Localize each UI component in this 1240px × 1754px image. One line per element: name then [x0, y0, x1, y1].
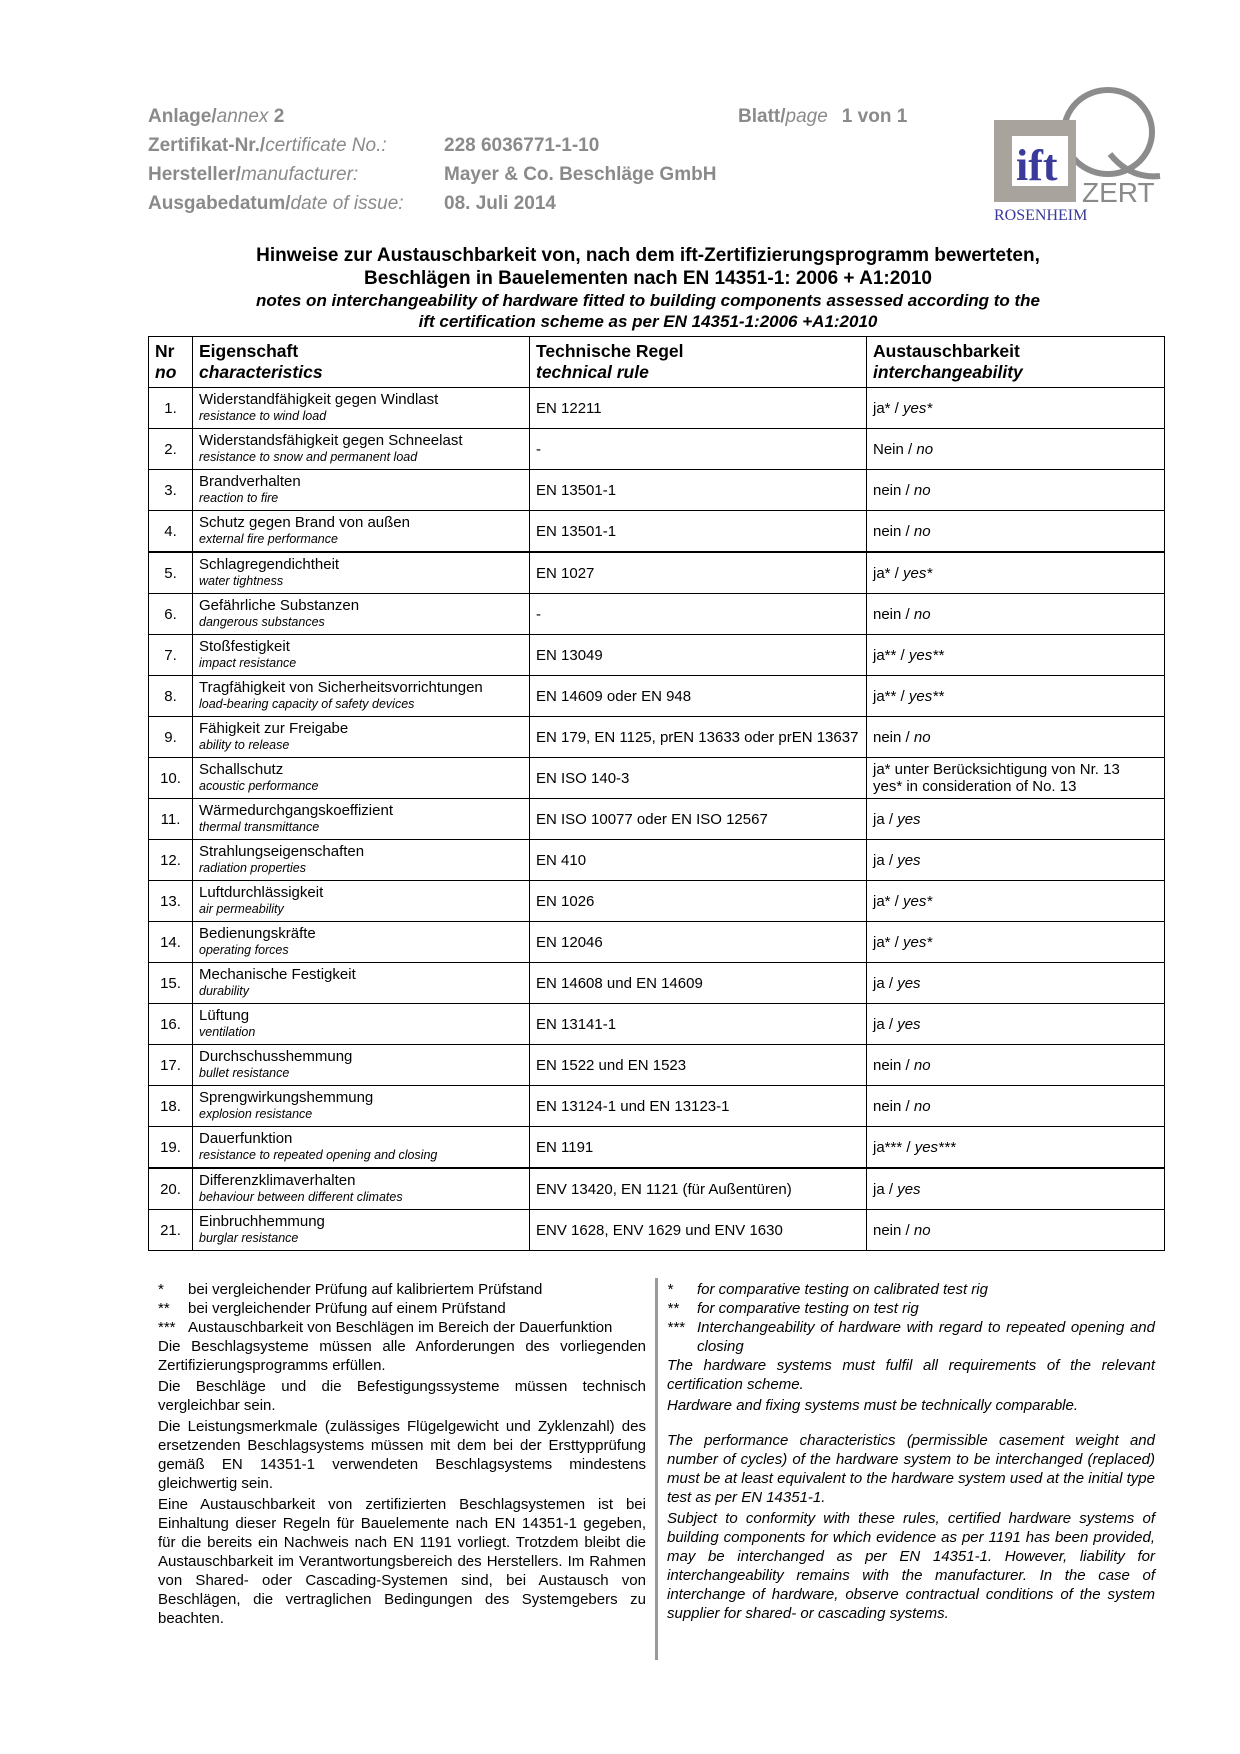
interchangeability-value: ja / — [873, 1016, 897, 1033]
row-number: 6. — [149, 594, 193, 635]
note-paragraph: Die Beschlagsysteme müssen alle Anforder… — [158, 1337, 646, 1375]
interchangeability-cell: nein / no — [867, 1086, 1165, 1127]
interchangeability-value: ja* / — [873, 893, 903, 910]
document-title: Hinweise zur Austauschbarkeit von, nach … — [148, 244, 1148, 332]
row-number: 7. — [149, 635, 193, 676]
note-paragraph: The hardware systems must fulfil all req… — [667, 1356, 1155, 1394]
interchangeability-value: ja / — [873, 811, 897, 828]
footnote: ***Austauschbarkeit von Beschlägen im Be… — [158, 1318, 646, 1337]
certificate-row: Zertifikat-Nr./certificate No.: 228 6036… — [148, 131, 948, 160]
interchangeability-cell: nein / no — [867, 717, 1165, 758]
interchangeability-value: nein / — [873, 482, 914, 499]
column-separator — [655, 1278, 658, 1660]
interchangeability-cell: Nein / no — [867, 429, 1165, 470]
manufacturer-label: Hersteller — [148, 164, 236, 185]
technical-rule-cell: EN 410 — [530, 840, 867, 881]
svg-text:ift: ift — [1016, 141, 1058, 190]
page-value: 1 von 1 — [842, 106, 907, 127]
technical-rule-cell: ENV 13420, EN 1121 (für Außentüren) — [530, 1168, 867, 1210]
annex-label-en: annex — [217, 106, 269, 127]
table-row: 7.Stoßfestigkeitimpact resistanceEN 1304… — [149, 635, 1165, 676]
certificate-label: Zertifikat-Nr. — [148, 135, 260, 156]
note-paragraph: Die Leistungsmerkmale (zulässiges Flügel… — [158, 1417, 646, 1493]
technical-rule-cell: EN ISO 10077 oder EN ISO 12567 — [530, 799, 867, 840]
interchangeability-cell: ja / yes — [867, 1168, 1165, 1210]
footnote: *for comparative testing on calibrated t… — [667, 1280, 1155, 1299]
row-number: 20. — [149, 1168, 193, 1210]
table-row: 2.Widerstandsfähigkeit gegen Schneelastr… — [149, 429, 1165, 470]
row-number: 12. — [149, 840, 193, 881]
characteristic-cell: Schallschutzacoustic performance — [193, 758, 530, 799]
footnote: **for comparative testing on test rig — [667, 1299, 1155, 1318]
svg-text:ROSENHEIM: ROSENHEIM — [994, 207, 1087, 224]
interchangeability-cell: ja* / yes* — [867, 552, 1165, 594]
characteristic-cell: Mechanische Festigkeitdurability — [193, 963, 530, 1004]
issue-date-label: Ausgabedatum — [148, 193, 285, 214]
row-number: 3. — [149, 470, 193, 511]
technical-rule-cell: EN 14609 oder EN 948 — [530, 676, 867, 717]
interchangeability-value: ja / — [873, 852, 897, 869]
interchangeability-value: ja** / — [873, 688, 909, 705]
interchangeability-value: nein / — [873, 523, 914, 540]
interchangeability-cell: nein / no — [867, 1045, 1165, 1086]
interchangeability-cell: ja / yes — [867, 799, 1165, 840]
interchangeability-cell: ja* unter Berücksichtigung von Nr. 13yes… — [867, 758, 1165, 799]
table-row: 10.Schallschutzacoustic performanceEN IS… — [149, 758, 1165, 799]
characteristic-cell: Bedienungskräfteoperating forces — [193, 922, 530, 963]
characteristic-cell: Sprengwirkungshemmungexplosion resistanc… — [193, 1086, 530, 1127]
interchangeability-cell: nein / no — [867, 594, 1165, 635]
annex-value: 2 — [274, 106, 285, 127]
technical-rule-cell: EN 179, EN 1125, prEN 13633 oder prEN 13… — [530, 717, 867, 758]
technical-rule-cell: EN ISO 140-3 — [530, 758, 867, 799]
interchangeability-cell: ja* / yes* — [867, 388, 1165, 429]
table-row: 4.Schutz gegen Brand von außenexternal f… — [149, 511, 1165, 553]
table-row: 9.Fähigkeit zur Freigabeability to relea… — [149, 717, 1165, 758]
footnote: ***Interchangeability of hardware with r… — [667, 1318, 1155, 1356]
row-number: 13. — [149, 881, 193, 922]
technical-rule-cell: EN 13049 — [530, 635, 867, 676]
table-row: 12.Strahlungseigenschaftenradiation prop… — [149, 840, 1165, 881]
technical-rule-cell: EN 14608 und EN 14609 — [530, 963, 867, 1004]
table-row: 8.Tragfähigkeit von Sicherheitsvorrichtu… — [149, 676, 1165, 717]
footnote: *bei vergleichender Prüfung auf kalibrie… — [158, 1280, 646, 1299]
table-row: 21.Einbruchhemmungburglar resistanceENV … — [149, 1210, 1165, 1251]
interchangeability-value: ja*** / — [873, 1139, 915, 1156]
technical-rule-cell: EN 13501-1 — [530, 511, 867, 553]
technical-rule-cell: EN 1026 — [530, 881, 867, 922]
header-interchangeability: Austauschbarkeitinterchangeability — [867, 337, 1165, 388]
technical-rule-cell: EN 12211 — [530, 388, 867, 429]
notes-german: *bei vergleichender Prüfung auf kalibrie… — [158, 1280, 646, 1630]
characteristic-cell: Strahlungseigenschaftenradiation propert… — [193, 840, 530, 881]
table-row: 6.Gefährliche Substanzendangerous substa… — [149, 594, 1165, 635]
title-de-line2: Beschlägen in Bauelementen nach EN 14351… — [148, 267, 1148, 290]
certificate-number: 228 6036771-1-10 — [444, 131, 599, 160]
row-number: 8. — [149, 676, 193, 717]
technical-rule-cell: EN 1191 — [530, 1127, 867, 1169]
technical-rule-cell: - — [530, 594, 867, 635]
interchangeability-cell: ja / yes — [867, 840, 1165, 881]
row-number: 16. — [149, 1004, 193, 1045]
interchangeability-cell: ja** / yes** — [867, 676, 1165, 717]
interchangeability-value: ja* / — [873, 400, 903, 417]
table-row: 5.Schlagregendichtheitwater tightnessEN … — [149, 552, 1165, 594]
table-row: 15.Mechanische FestigkeitdurabilityEN 14… — [149, 963, 1165, 1004]
row-number: 10. — [149, 758, 193, 799]
row-number: 17. — [149, 1045, 193, 1086]
interchangeability-cell: ja* / yes* — [867, 922, 1165, 963]
interchangeability-cell: ja / yes — [867, 1004, 1165, 1045]
characteristic-cell: Lüftungventilation — [193, 1004, 530, 1045]
characteristic-cell: Brandverhaltenreaction to fire — [193, 470, 530, 511]
table-row: 16.LüftungventilationEN 13141-1ja / yes — [149, 1004, 1165, 1045]
interchangeability-value: ja / — [873, 1181, 897, 1198]
characteristic-cell: Dauerfunktionresistance to repeated open… — [193, 1127, 530, 1169]
interchangeability-cell: nein / no — [867, 511, 1165, 553]
table-row: 18.Sprengwirkungshemmungexplosion resist… — [149, 1086, 1165, 1127]
note-paragraph: The performance characteristics (permiss… — [667, 1431, 1155, 1507]
row-number: 15. — [149, 963, 193, 1004]
interchangeability-value: ja* unter Berücksichtigung von Nr. 13 — [873, 761, 1120, 778]
characteristic-cell: Tragfähigkeit von Sicherheitsvorrichtung… — [193, 676, 530, 717]
manufacturer-row: Hersteller/manufacturer: Mayer & Co. Bes… — [148, 160, 948, 189]
ift-zert-logo: ift ZERT ROSENHEIM — [990, 84, 1170, 224]
interchangeability-value: nein / — [873, 606, 914, 623]
document-header: Anlage/annex 2 Blatt/page1 von 1 Zertifi… — [148, 102, 948, 218]
interchangeability-cell: ja / yes — [867, 963, 1165, 1004]
table-row: 20.Differenzklimaverhaltenbehaviour betw… — [149, 1168, 1165, 1210]
row-number: 1. — [149, 388, 193, 429]
interchangeability-value: nein / — [873, 1057, 914, 1074]
ift-logo-icon: ift ZERT ROSENHEIM — [990, 84, 1170, 224]
note-paragraph: Hardware and fixing systems must be tech… — [667, 1396, 1155, 1415]
interchangeability-value: ja* / — [873, 565, 903, 582]
technical-rule-cell: EN 13501-1 — [530, 470, 867, 511]
row-number: 9. — [149, 717, 193, 758]
table-row: 14.Bedienungskräfteoperating forcesEN 12… — [149, 922, 1165, 963]
table-row: 1.Widerstandfähigkeit gegen Windlastresi… — [149, 388, 1165, 429]
characteristic-cell: Differenzklimaverhaltenbehaviour between… — [193, 1168, 530, 1210]
characteristic-cell: Widerstandfähigkeit gegen Windlastresist… — [193, 388, 530, 429]
interchangeability-value: Nein / — [873, 441, 916, 458]
table-row: 3.Brandverhaltenreaction to fireEN 13501… — [149, 470, 1165, 511]
annex-row: Anlage/annex 2 Blatt/page1 von 1 — [148, 102, 948, 131]
header-technical-rule: Technische Regeltechnical rule — [530, 337, 867, 388]
notes-english: *for comparative testing on calibrated t… — [667, 1280, 1155, 1625]
technical-rule-cell: EN 12046 — [530, 922, 867, 963]
row-number: 19. — [149, 1127, 193, 1169]
characteristic-cell: Gefährliche Substanzendangerous substanc… — [193, 594, 530, 635]
characteristic-cell: Schutz gegen Brand von außenexternal fir… — [193, 511, 530, 553]
row-number: 4. — [149, 511, 193, 553]
row-number: 2. — [149, 429, 193, 470]
svg-text:ZERT: ZERT — [1082, 177, 1155, 208]
characteristic-cell: Fähigkeit zur Freigabeability to release — [193, 717, 530, 758]
issue-date: 08. Juli 2014 — [444, 189, 556, 218]
note-paragraph: Die Beschläge und die Befestigungssystem… — [158, 1377, 646, 1415]
technical-rule-cell: EN 13141-1 — [530, 1004, 867, 1045]
row-number: 14. — [149, 922, 193, 963]
interchangeability-value: ja* / — [873, 934, 903, 951]
interchangeability-cell: ja*** / yes*** — [867, 1127, 1165, 1169]
technical-rule-cell: EN 1027 — [530, 552, 867, 594]
row-number: 5. — [149, 552, 193, 594]
header-characteristics: Eigenschaftcharacteristics — [193, 337, 530, 388]
interchangeability-cell: nein / no — [867, 1210, 1165, 1251]
title-en-line2: ift certification scheme as per EN 14351… — [148, 311, 1148, 332]
characteristic-cell: Einbruchhemmungburglar resistance — [193, 1210, 530, 1251]
table-row: 19.Dauerfunktionresistance to repeated o… — [149, 1127, 1165, 1169]
footnote: **bei vergleichender Prüfung auf einem P… — [158, 1299, 646, 1318]
title-en-line1: notes on interchangeability of hardware … — [148, 290, 1148, 311]
table-body: 1.Widerstandfähigkeit gegen Windlastresi… — [149, 388, 1165, 1251]
interchangeability-value: nein / — [873, 1222, 914, 1239]
page-indicator: Blatt/page1 von 1 — [738, 102, 907, 131]
title-de-line1: Hinweise zur Austauschbarkeit von, nach … — [148, 244, 1148, 267]
technical-rule-cell: EN 13124-1 und EN 13123-1 — [530, 1086, 867, 1127]
table-row: 11.Wärmedurchgangskoeffizientthermal tra… — [149, 799, 1165, 840]
manufacturer-name: Mayer & Co. Beschläge GmbH — [444, 160, 716, 189]
technical-rule-cell: ENV 1628, ENV 1629 und ENV 1630 — [530, 1210, 867, 1251]
characteristic-cell: Luftdurchlässigkeitair permeability — [193, 881, 530, 922]
row-number: 21. — [149, 1210, 193, 1251]
issue-date-row: Ausgabedatum/date of issue: 08. Juli 201… — [148, 189, 948, 218]
note-paragraph: Subject to conformity with these rules, … — [667, 1509, 1155, 1623]
interchangeability-value: nein / — [873, 729, 914, 746]
note-paragraph: Eine Austauschbarkeit von zertifizierten… — [158, 1495, 646, 1628]
technical-rule-cell: - — [530, 429, 867, 470]
interchangeability-cell: ja* / yes* — [867, 881, 1165, 922]
row-number: 11. — [149, 799, 193, 840]
table-row: 13.Luftdurchlässigkeitair permeabilityEN… — [149, 881, 1165, 922]
characteristic-cell: Durchschusshemmungbullet resistance — [193, 1045, 530, 1086]
table-header-row: Nrno Eigenschaftcharacteristics Technisc… — [149, 337, 1165, 388]
interchangeability-value: ja / — [873, 975, 897, 992]
row-number: 18. — [149, 1086, 193, 1127]
header-nr: Nrno — [149, 337, 193, 388]
interchangeability-table: Nrno Eigenschaftcharacteristics Technisc… — [148, 336, 1165, 1251]
interchangeability-value: ja** / — [873, 647, 909, 664]
technical-rule-cell: EN 1522 und EN 1523 — [530, 1045, 867, 1086]
characteristic-cell: Wärmedurchgangskoeffizientthermal transm… — [193, 799, 530, 840]
characteristic-cell: Widerstandsfähigkeit gegen Schneelastres… — [193, 429, 530, 470]
characteristic-cell: Stoßfestigkeitimpact resistance — [193, 635, 530, 676]
interchangeability-value: nein / — [873, 1098, 914, 1115]
interchangeability-cell: ja** / yes** — [867, 635, 1165, 676]
interchangeability-cell: nein / no — [867, 470, 1165, 511]
characteristic-cell: Schlagregendichtheitwater tightness — [193, 552, 530, 594]
table-row: 17.Durchschusshemmungbullet resistanceEN… — [149, 1045, 1165, 1086]
annex-label: Anlage — [148, 106, 211, 127]
